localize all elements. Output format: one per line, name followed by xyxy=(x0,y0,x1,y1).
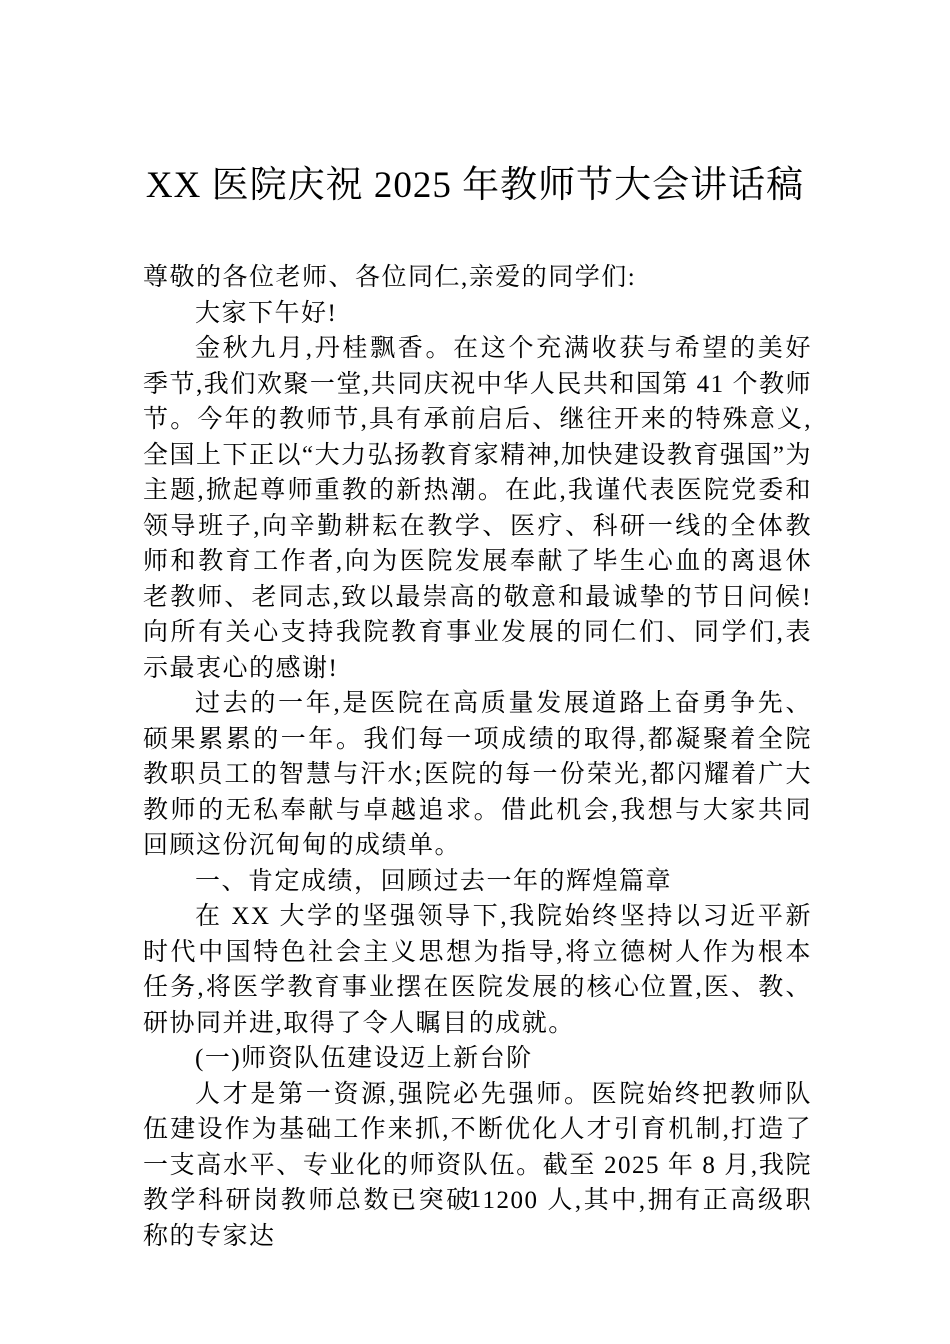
document-title: XX 医院庆祝 2025 年教师节大会讲话稿 xyxy=(0,0,950,210)
section-heading: 一、肯定成绩，回顾过去一年的辉煌篇章 xyxy=(143,864,812,900)
document-body: 尊敬的各位老师、各位同仁,亲爱的同学们:大家下午好!金秋九月,丹桂飘香。在这个充… xyxy=(143,260,812,1254)
paragraph: 尊敬的各位老师、各位同仁,亲爱的同学们: xyxy=(143,260,812,296)
subsection-heading: (一)师资队伍建设迈上新台阶 xyxy=(143,1041,812,1077)
paragraph: 金秋九月,丹桂飘香。在这个充满收获与希望的美好季节,我们欢聚一堂,共同庆祝中华人… xyxy=(143,331,812,686)
paragraph: 在 XX 大学的坚强领导下,我院始终坚持以习近平新时代中国特色社会主义思想为指导… xyxy=(143,899,812,1041)
paragraph: 过去的一年,是医院在高质量发展道路上奋勇争先、硕果累累的一年。我们每一项成绩的取… xyxy=(143,686,812,864)
paragraph: 大家下午好! xyxy=(143,296,812,332)
paragraph: 人才是第一资源,强院必先强师。医院始终把教师队伍建设作为基础工作来抓,不断优化人… xyxy=(143,1077,812,1255)
page-number: 1 xyxy=(0,1184,950,1216)
document-page: XX 医院庆祝 2025 年教师节大会讲话稿 尊敬的各位老师、各位同仁,亲爱的同… xyxy=(0,0,950,1344)
